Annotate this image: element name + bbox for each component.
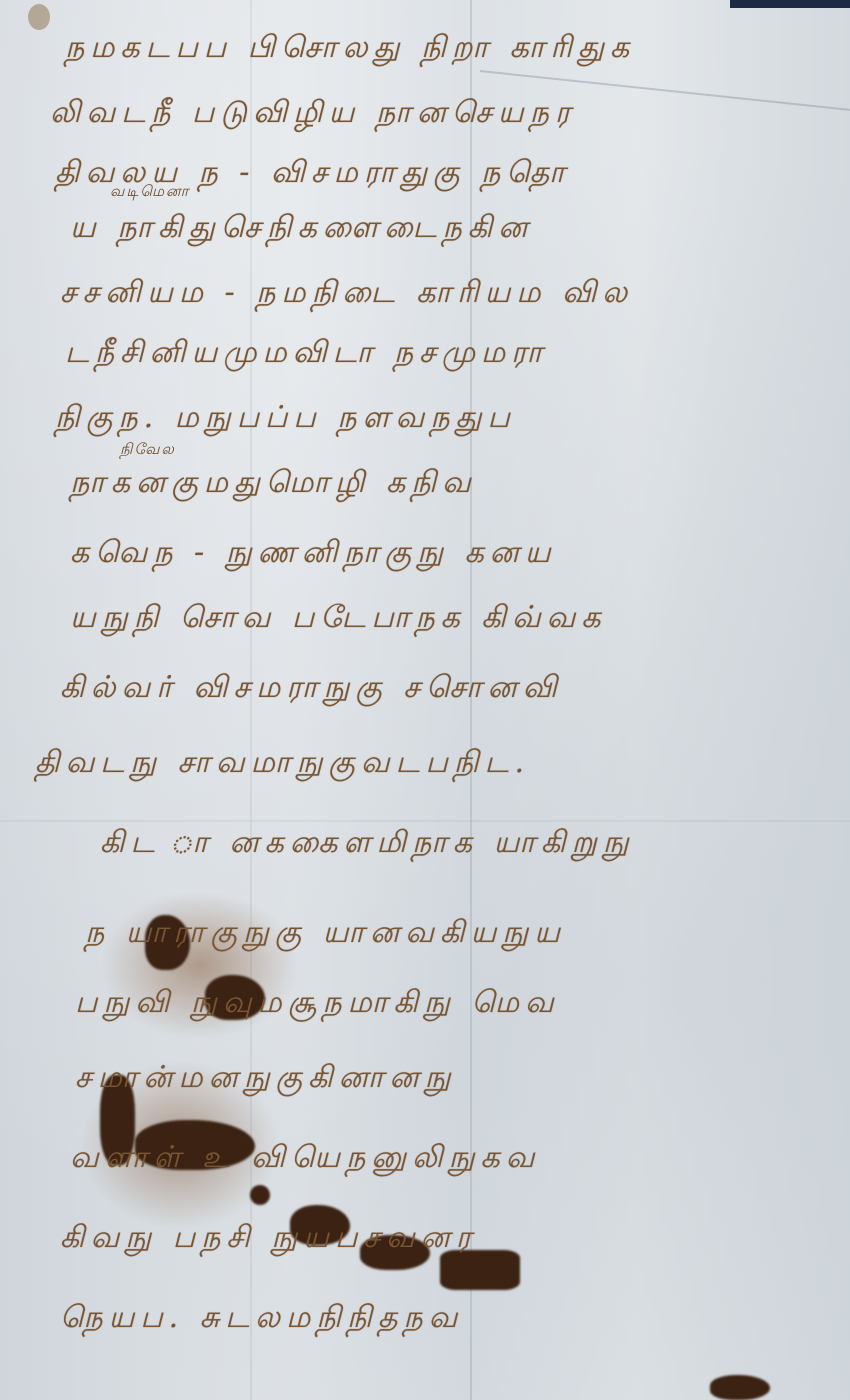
manuscript-line: ய நாகிதுசெநிகளைடைநகின — [70, 210, 830, 256]
manuscript-line: சசனியம - நமநிடை காரியம வில — [60, 275, 830, 321]
manuscript-line: கில்வர் விசமராநுகு சசொனவி — [60, 670, 830, 716]
manuscript-line: நமகடபப பிசொலது நிறா காரிதுக — [65, 30, 830, 76]
ink-blot — [250, 1185, 270, 1205]
manuscript-line: பநுவி நுவுமசூநமாகிநு மெவ — [75, 985, 830, 1031]
manuscript-line: கிவநு பநசி நுயபசவனர — [60, 1220, 830, 1266]
manuscript-line: வளாள் உ வியெநனுலிநுகவ — [70, 1140, 830, 1186]
manuscript-line: கிட ா னககைளமிநாக யாகிறுநு — [100, 825, 830, 871]
manuscript-line: லிவடநீ படுவிழிய நானசெயநர — [50, 95, 830, 141]
manuscript-line: நெயப. சுடலமநிநிதநவ — [60, 1300, 830, 1346]
manuscript-line: சமான்மனநுகுகினானநு — [75, 1060, 830, 1106]
manuscript-line: திவடநு சாவமாநுகுவடபநிட. — [35, 745, 830, 791]
interlinear-insert: நிவேல — [120, 440, 176, 460]
manuscript-line: கவெந - நுணனிநாகுநு கனய — [70, 535, 830, 581]
interlinear-insert: வடிமெனா — [110, 182, 190, 202]
manuscript-line: யநுநி சொவ படேபாநக கிவ்வக — [70, 600, 830, 646]
manuscript-page: நமகடபப பிசொலது நிறா காரிதுக லிவடநீ படுவி… — [0, 0, 850, 1400]
page-corner-background — [730, 0, 850, 8]
fold-crease-horizontal — [0, 820, 850, 822]
ink-blot — [710, 1375, 770, 1400]
manuscript-line: ந யாராகுநுகு யானவகியநுய — [85, 915, 830, 961]
age-spot — [28, 4, 50, 30]
manuscript-line: டநீசினியமுமவிடா நசமுமரா — [65, 335, 830, 381]
manuscript-line: நாகனகுமதுமொழி கநிவ — [70, 465, 830, 511]
